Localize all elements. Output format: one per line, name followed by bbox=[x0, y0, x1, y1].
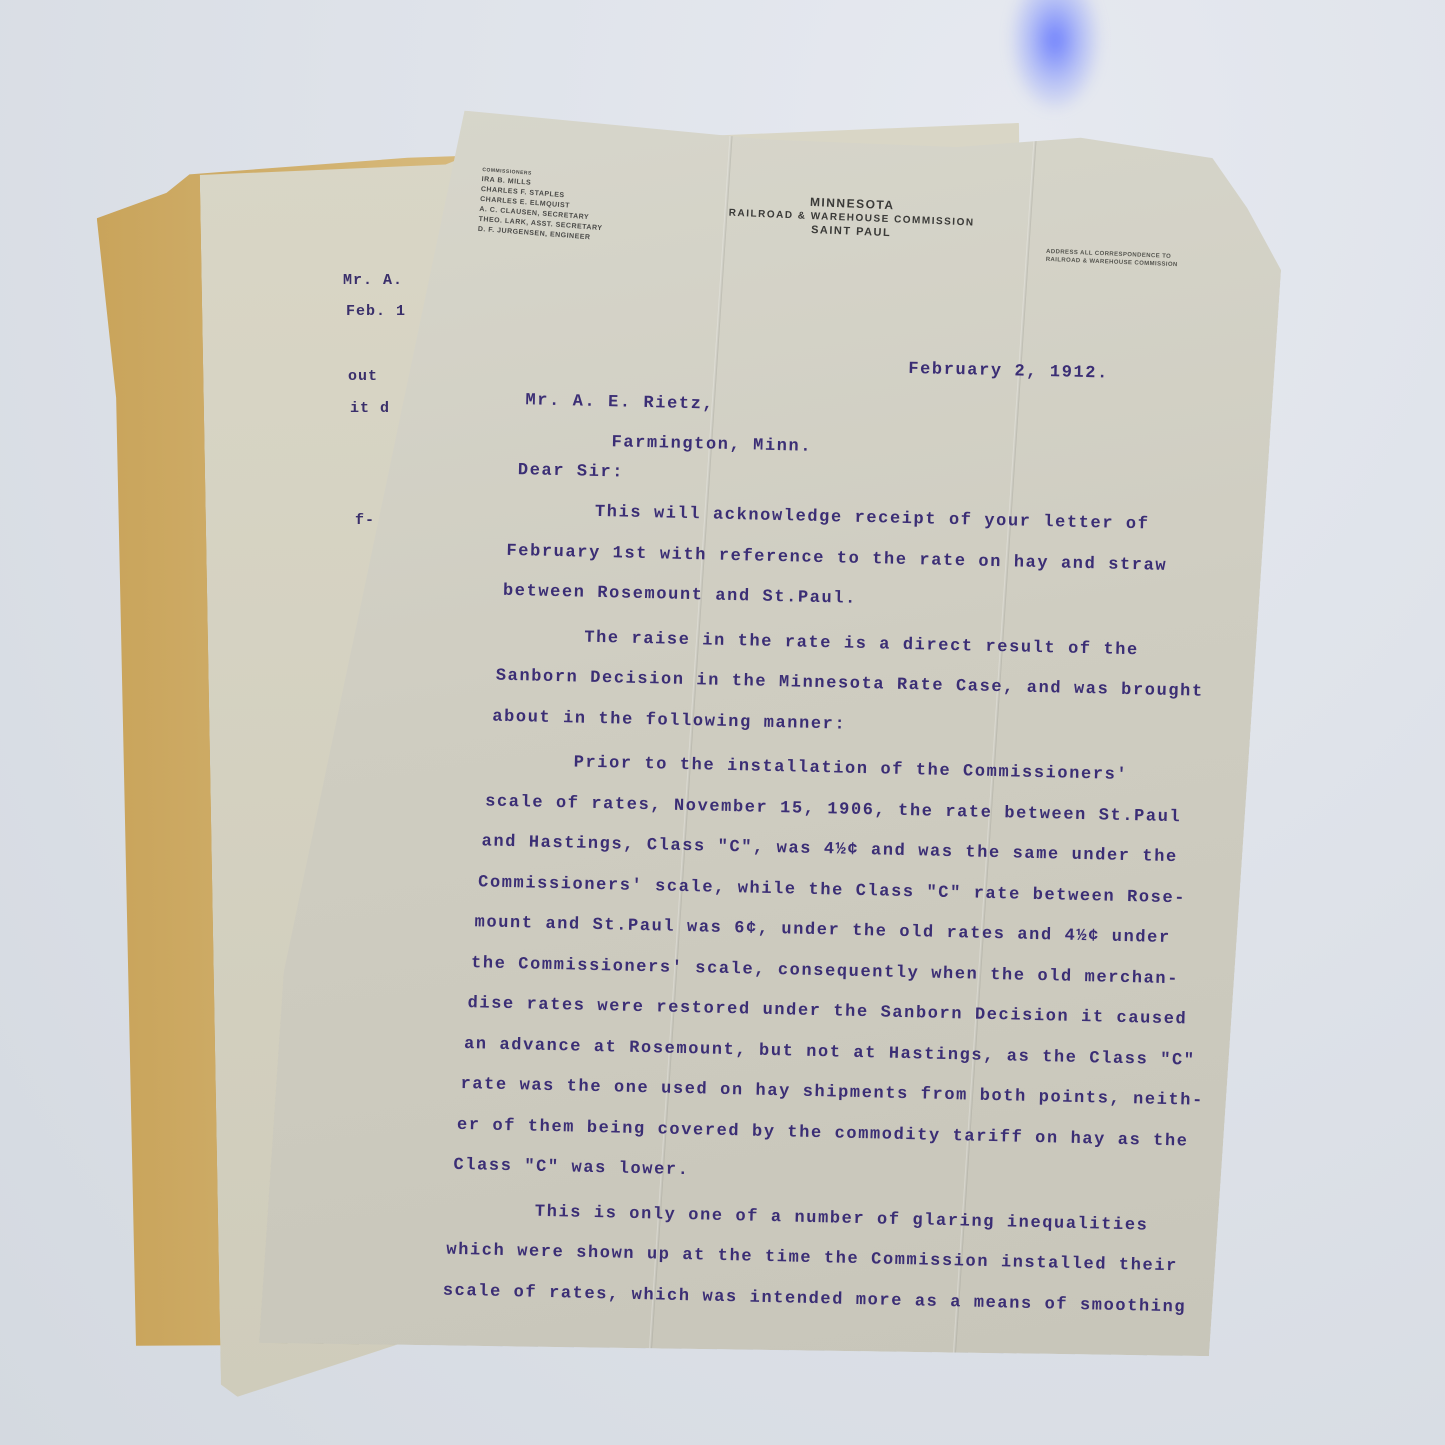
letter-body-line: about in the following manner: bbox=[492, 707, 846, 734]
letterhead-commissioners: Commissioners Ira B. Mills Charles F. St… bbox=[477, 165, 606, 244]
letter-body-line: February 1st with reference to the rate … bbox=[506, 541, 1167, 575]
letter-body-line: This will acknowledge receipt of your le… bbox=[595, 503, 1150, 535]
letter-body-line: scale of rates, which was intended more … bbox=[443, 1281, 1187, 1317]
letter-body-line: Class "C" was lower. bbox=[453, 1156, 689, 1180]
letter-body-line: which were shown up at the time the Comm… bbox=[446, 1241, 1178, 1277]
light-glare bbox=[1010, 0, 1100, 110]
letter-body-line: between Rosemount and St.Paul. bbox=[503, 582, 857, 609]
letter-body-line: Prior to the installation of the Commiss… bbox=[573, 753, 1128, 785]
letter-body-line: an advance at Rosemount, but not at Hast… bbox=[464, 1035, 1196, 1071]
letter-body-line: Commissioners' scale, while the Class "C… bbox=[478, 873, 1186, 908]
letter-body-line: Sanborn Decision in the Minnesota Rate C… bbox=[496, 667, 1204, 702]
letter-body-line: mount and St.Paul was 6¢, under the old … bbox=[474, 913, 1171, 948]
letter-body-line: rate was the one used on hay shipments f… bbox=[460, 1075, 1204, 1111]
letter-body-line: scale of rates, November 15, 1906, the r… bbox=[485, 792, 1182, 827]
recipient-name: Mr. A. E. Rietz, bbox=[525, 391, 714, 414]
salutation: Dear Sir: bbox=[518, 461, 625, 482]
letter-body-line: The raise in the rate is a direct result… bbox=[584, 628, 1139, 660]
letter-date: February 2, 1912. bbox=[908, 360, 1109, 384]
letter-body: This will acknowledge receipt of your le… bbox=[314, 104, 1264, 126]
letter-body-line: and Hastings, Class "C", was 4½¢ and was… bbox=[481, 832, 1178, 867]
letter-body-line: er of them being covered by the commodit… bbox=[457, 1115, 1189, 1151]
recipient-location: Farmington, Minn. bbox=[611, 433, 812, 457]
letter-body-line: the Commissioners' scale, consequently w… bbox=[471, 954, 1179, 989]
letterhead: Minnesota Railroad & Warehouse Commissio… bbox=[681, 190, 1022, 245]
letterhead-address-note: Address all correspondence to Railroad &… bbox=[1046, 248, 1179, 269]
letter-body-line: This is only one of a number of glaring … bbox=[535, 1202, 1149, 1235]
letter-body-line: dise rates were restored under the Sanbo… bbox=[467, 994, 1187, 1029]
letter-content: Commissioners Ira B. Mills Charles F. St… bbox=[286, 104, 1264, 1360]
